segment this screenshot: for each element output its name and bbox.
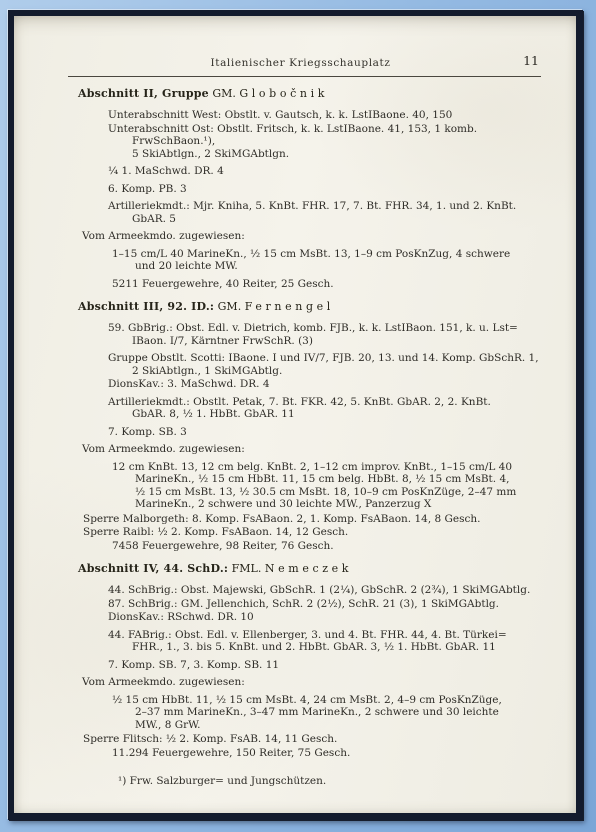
section-abschnitt-4: Abschnitt IV, 44. SchD.: FML. Nemeczek 4… xyxy=(78,562,541,759)
section-heading: Abschnitt II, Gruppe GM. Globočnik xyxy=(78,87,541,100)
unit-line: 44. SchBrig.: Obst. Majewski, GbSchR. 1 … xyxy=(78,584,541,597)
commander-rank: GM. xyxy=(212,87,236,100)
header-rule xyxy=(68,76,541,77)
assignment-detail-paragraph: 1–15 cm/L 40 MarineKn., ½ 15 cm MsBt. 13… xyxy=(78,248,541,273)
sperre-line: Sperre Raibl: ½ 2. Komp. FsABaon. 14, 12… xyxy=(83,526,541,539)
totals-line: 7458 Feuergewehre, 98 Reiter, 76 Gesch. xyxy=(112,540,541,553)
assignment-header-line: Vom Armeekmdo. zugewiesen: xyxy=(82,230,541,243)
totals-line: 11.294 Feuergewehre, 150 Reiter, 75 Gesc… xyxy=(112,747,541,760)
unit-line: Unterabschnitt Ost: Obstlt. Fritsch, k. … xyxy=(78,123,541,161)
section-heading-bold: Abschnitt II, Gruppe xyxy=(78,87,209,100)
unit-line: ¼ 1. MaSchwd. DR. 4 xyxy=(78,165,541,178)
running-header-title: Italienischer Kriegsschauplatz xyxy=(66,57,535,70)
section-heading: Abschnitt III, 92. ID.: GM. Fernengel xyxy=(78,300,541,313)
section-heading-bold: Abschnitt IV, 44. SchD.: xyxy=(78,562,228,575)
unit-line: 6. Komp. PB. 3 xyxy=(78,183,541,196)
sperre-line: Sperre Malborgeth: 8. Komp. FsABaon. 2, … xyxy=(83,513,541,526)
sperre-line: Sperre Flitsch: ½ 2. Komp. FsAB. 14, 11 … xyxy=(83,733,541,746)
unit-line: DionsKav.: RSchwd. DR. 10 xyxy=(78,611,541,624)
running-header: Italienischer Kriegsschauplatz 11 xyxy=(78,57,541,71)
section-heading: Abschnitt IV, 44. SchD.: FML. Nemeczek xyxy=(78,562,541,575)
commander-name: Fernengel xyxy=(245,300,334,313)
section-abschnitt-2: Abschnitt II, Gruppe GM. Globočnik Unter… xyxy=(78,87,541,290)
unit-line: 7. Komp. SB. 3 xyxy=(78,426,541,439)
unit-line: Gruppe Obstlt. Scotti: IBaone. I und IV/… xyxy=(78,352,541,377)
totals-line: 5211 Feuergewehre, 40 Reiter, 25 Gesch. xyxy=(112,278,541,291)
footnote: ¹) Frw. Salzburger= und Jungschützen. xyxy=(118,775,541,788)
page-number: 11 xyxy=(523,55,539,68)
unit-line: Artilleriekmdt.: Mjr. Kniha, 5. KnBt. FH… xyxy=(78,200,541,225)
section-heading-bold: Abschnitt III, 92. ID.: xyxy=(78,300,214,313)
page-content: Italienischer Kriegsschauplatz 11 Abschn… xyxy=(78,57,541,788)
unit-line: DionsKav.: 3. MaSchwd. DR. 4 xyxy=(78,378,541,391)
unit-line: Artilleriekmdt.: Obstlt. Petak, 7. Bt. F… xyxy=(78,396,541,421)
assignment-detail-paragraph: ½ 15 cm HbBt. 11, ½ 15 cm MsBt. 4, 24 cm… xyxy=(78,694,541,732)
unit-line: 7. Komp. SB. 7, 3. Komp. SB. 11 xyxy=(78,659,541,672)
assignment-header-line: Vom Armeekmdo. zugewiesen: xyxy=(82,676,541,689)
unit-line: 59. GbBrig.: Obst. Edl. v. Dietrich, kom… xyxy=(78,322,541,347)
commander-name: Globočnik xyxy=(239,87,328,100)
commander-name: Nemeczek xyxy=(265,562,352,575)
unit-line: Unterabschnitt West: Obstlt. v. Gautsch,… xyxy=(78,109,541,122)
commander-rank: GM. xyxy=(218,300,242,313)
unit-line: 87. SchBrig.: GM. Jellenchich, SchR. 2 (… xyxy=(78,598,541,611)
section-abschnitt-3: Abschnitt III, 92. ID.: GM. Fernengel 59… xyxy=(78,300,541,552)
assignment-detail-paragraph: 12 cm KnBt. 13, 12 cm belg. KnBt. 2, 1–1… xyxy=(78,461,541,511)
assignment-header-line: Vom Armeekmdo. zugewiesen: xyxy=(82,443,541,456)
unit-line: 44. FABrig.: Obst. Edl. v. Ellenberger, … xyxy=(78,629,541,654)
commander-rank: FML. xyxy=(232,562,262,575)
